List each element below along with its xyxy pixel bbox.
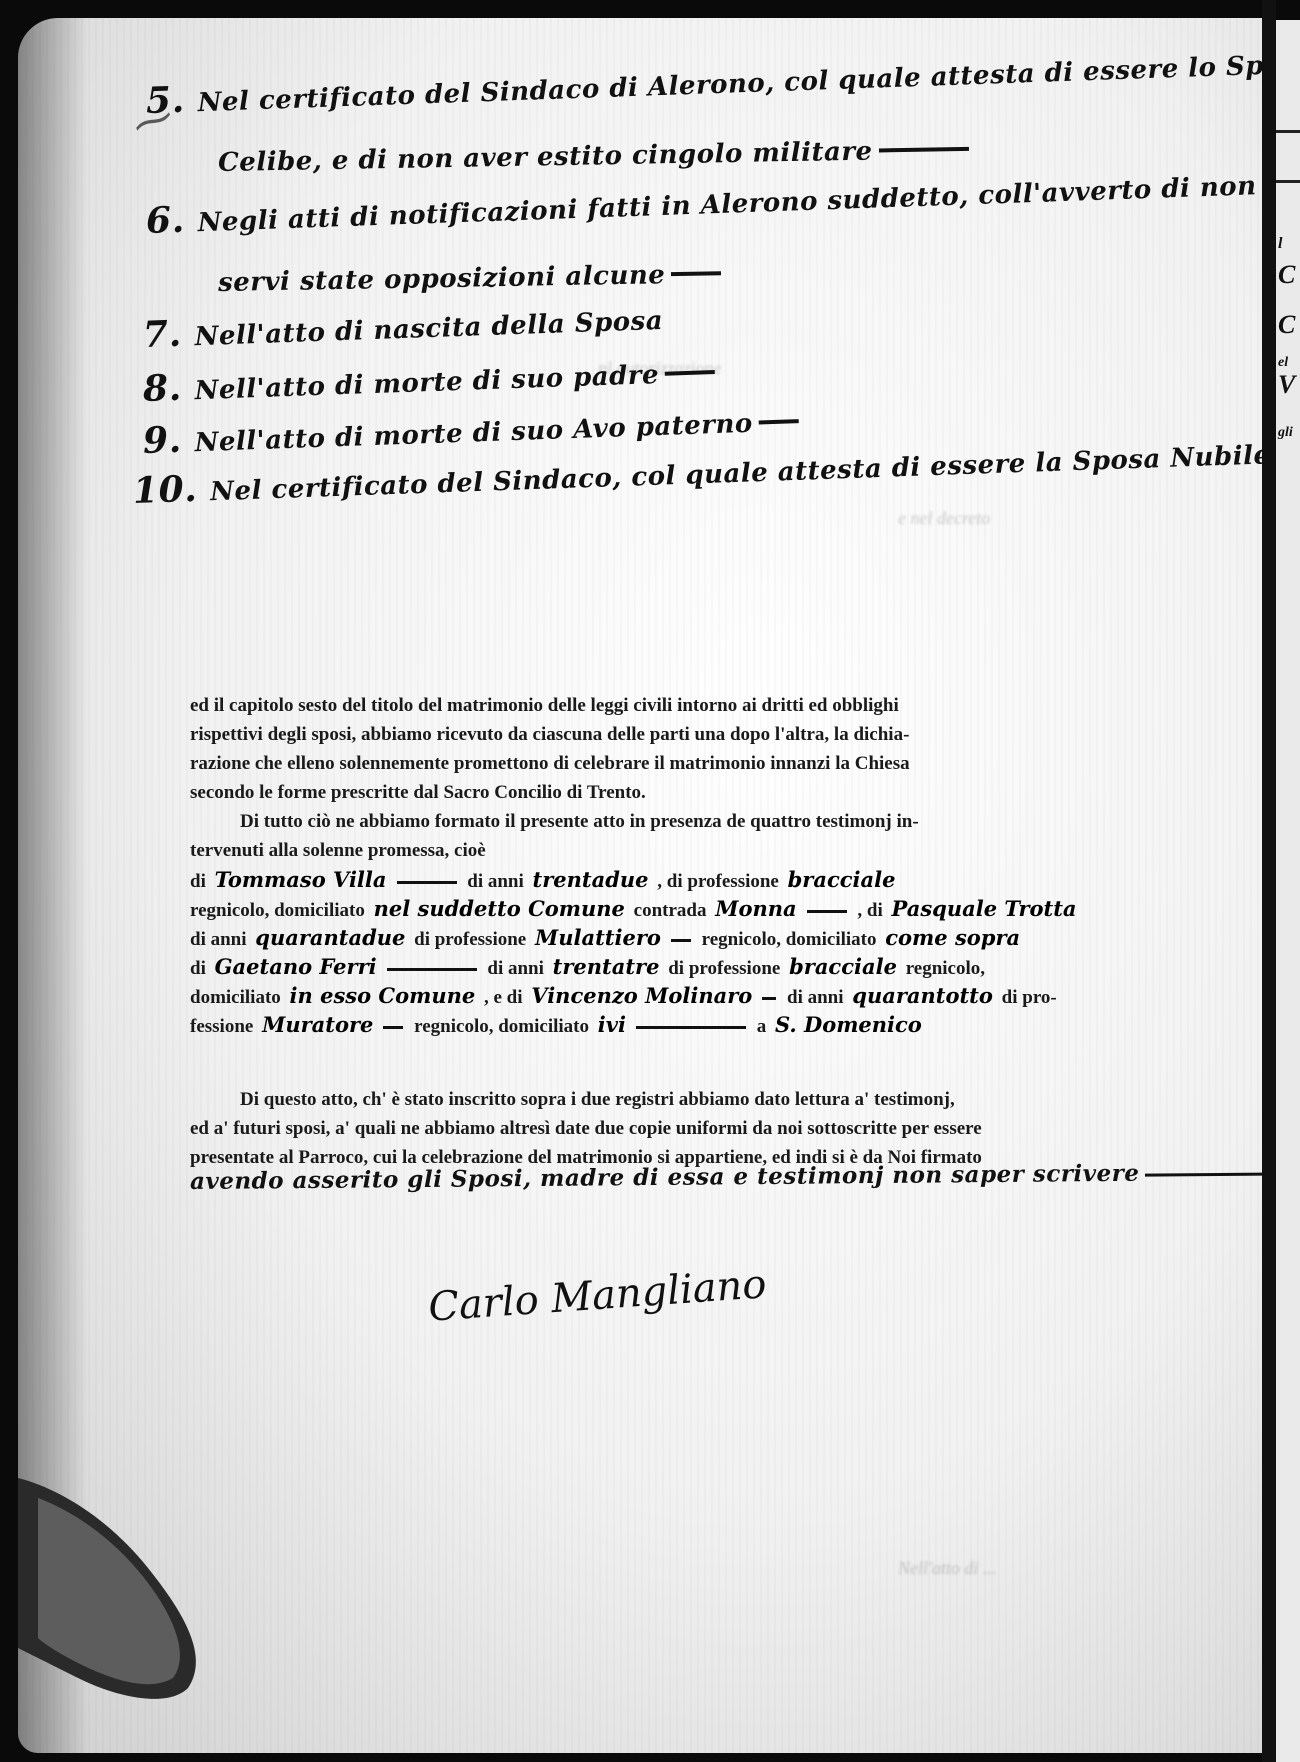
printed-text: domiciliato — [190, 987, 281, 1008]
list-number: 7. — [142, 313, 182, 356]
printed-line: ed il capitolo sesto del titolo del matr… — [190, 691, 1240, 720]
witness-3-age: trentatre — [549, 954, 664, 979]
list-number: 6. — [145, 199, 185, 242]
printed-text: di — [190, 871, 206, 892]
printed-text: regnicolo, domiciliato — [190, 900, 365, 921]
witness-3-domicile: in esso Comune — [286, 983, 480, 1008]
rule-line — [636, 1026, 746, 1029]
official-signature: Carlo Mangliano — [427, 1261, 768, 1331]
witness-line-5: domiciliato in esso Comune , e di Vincen… — [190, 981, 1240, 1010]
list-text: Negli atti di notificazioni fatti in Ale… — [197, 169, 1263, 238]
witness-line-1: di Tommaso Villa di anni trentadue , di … — [190, 865, 1240, 894]
thumb-shadow — [18, 1458, 278, 1718]
list-text: Nell'atto di nascita della Sposa — [194, 306, 663, 352]
rule-line — [762, 997, 776, 1000]
list-text: Nell'atto di morte di suo padre — [194, 360, 659, 406]
printed-line: Di tutto ciò ne abbiamo formato il prese… — [190, 807, 1240, 836]
printed-text: di anni — [787, 987, 844, 1008]
printed-text: di anni — [190, 929, 247, 950]
rule-line — [387, 968, 477, 971]
printed-text: di — [190, 958, 206, 979]
facing-page-text: C — [1278, 260, 1295, 290]
list-item-5-continuation: Celibe, e di non aver estito cingolo mil… — [218, 125, 969, 180]
list-text: servi state opposizioni alcune — [218, 260, 666, 298]
printed-paragraph-closing: Di questo atto, ch' è stato inscritto so… — [190, 1085, 1240, 1172]
printed-text: di professione — [414, 929, 526, 950]
witness-1-name: Tommaso Villa — [211, 867, 391, 892]
printed-line: tervenuti alla solenne promessa, cioè — [190, 836, 1240, 865]
printed-text: , di — [857, 900, 882, 921]
printed-line: rispettivi degli sposi, abbiamo ricevuto… — [190, 720, 1240, 749]
witness-4-profession: Muratore — [258, 1012, 377, 1037]
witness-2-domicile: come sopra — [881, 925, 1024, 950]
witness-2-age: quarantadue — [251, 925, 409, 950]
list-item-5: 5. Nel certificato del Sindaco di Aleron… — [145, 39, 1263, 122]
list-item-8: 8. Nell'atto di morte di suo padre — [142, 348, 715, 410]
printed-text: contrada — [634, 900, 707, 921]
witness-1-street: Monna — [711, 896, 800, 921]
rule-line — [759, 419, 799, 424]
facing-page-text: C — [1278, 310, 1295, 340]
witness-line-2: regnicolo, domiciliato nel suddetto Comu… — [190, 894, 1240, 923]
printed-text: , di professione — [657, 871, 779, 892]
book-gutter — [1262, 0, 1276, 1762]
facing-page-edge: l C C el V gli — [1276, 20, 1300, 1762]
printed-text: regnicolo, — [906, 958, 985, 979]
printed-text: a — [757, 1016, 767, 1037]
rule-line — [1276, 130, 1300, 133]
bleed-through-text: Nell'atto di ... — [898, 1558, 996, 1579]
printed-line: razione che elleno solennemente prometto… — [190, 749, 1240, 778]
rule-line — [665, 370, 715, 376]
printed-text: di professione — [668, 958, 780, 979]
witness-line-3: di anni quarantadue di professione Mulat… — [190, 923, 1240, 952]
printed-text: di pro- — [1002, 987, 1057, 1008]
document-page: ⁓ nl autorizzazione e nel decreto Nell'a… — [18, 18, 1263, 1753]
printed-text: fessione — [190, 1016, 253, 1037]
facing-page-text: l — [1278, 235, 1282, 253]
list-number: 10. — [132, 468, 198, 512]
list-number: 5. — [145, 79, 185, 122]
list-text: Nel certificato del Sindaco di Alerono, … — [197, 49, 1263, 118]
facing-page-text: el — [1278, 355, 1288, 371]
witness-4-street: S. Domenico — [771, 1012, 926, 1037]
witness-4-age: quarantotto — [848, 983, 997, 1008]
printed-paragraph-legal: ed il capitolo sesto del titolo del matr… — [190, 691, 1240, 865]
rule-line — [807, 910, 847, 913]
facing-page-text: V — [1278, 370, 1295, 400]
rule-line — [1145, 1172, 1263, 1176]
witness-2-name: Pasquale Trotta — [888, 896, 1081, 921]
list-number: 8. — [142, 367, 182, 410]
witness-3-name: Gaetano Ferri — [211, 954, 381, 979]
printed-text: di anni — [487, 958, 544, 979]
printed-text: di anni — [467, 871, 524, 892]
facing-page-text: gli — [1278, 425, 1293, 441]
printed-text: regnicolo, domiciliato — [702, 929, 877, 950]
printed-line: ed a' futuri sposi, a' quali ne abbiamo … — [190, 1114, 1240, 1143]
printed-text: regnicolo, domiciliato — [414, 1016, 589, 1037]
rule-line — [671, 271, 721, 276]
list-text: Celibe, e di non aver estito cingolo mil… — [218, 137, 873, 178]
list-item-6-continuation: servi state opposizioni alcune — [218, 249, 722, 300]
witness-3-profession: bracciale — [785, 954, 901, 979]
witness-line-6: fessione Muratore regnicolo, domiciliato… — [190, 1010, 1240, 1039]
witness-4-domicile: ivi — [594, 1012, 630, 1037]
witness-1-age: trentadue — [529, 867, 653, 892]
bleed-through-text: e nel decreto — [898, 508, 990, 529]
witness-line-4: di Gaetano Ferri di anni trentatre di pr… — [190, 952, 1240, 981]
list-number: 9. — [142, 419, 182, 462]
printed-line: Di questo atto, ch' è stato inscritto so… — [190, 1085, 1240, 1114]
list-item-7: 7. Nell'atto di nascita della Sposa — [142, 296, 663, 356]
rule-line — [397, 881, 457, 884]
witness-4-name: Vincenzo Molinaro — [527, 983, 756, 1008]
witness-1-profession: bracciale — [784, 867, 900, 892]
rule-line — [1276, 180, 1300, 183]
rule-line — [671, 939, 691, 942]
rule-line — [878, 147, 968, 153]
printed-line: secondo le forme prescritte dal Sacro Co… — [190, 778, 1240, 807]
witness-1-domicile: nel suddetto Comune — [370, 896, 629, 921]
printed-text: , e di — [484, 987, 523, 1008]
witness-2-profession: Mulattiero — [531, 925, 665, 950]
witnesses-block: di Tommaso Villa di anni trentadue , di … — [190, 865, 1240, 1039]
rule-line — [383, 1026, 403, 1029]
